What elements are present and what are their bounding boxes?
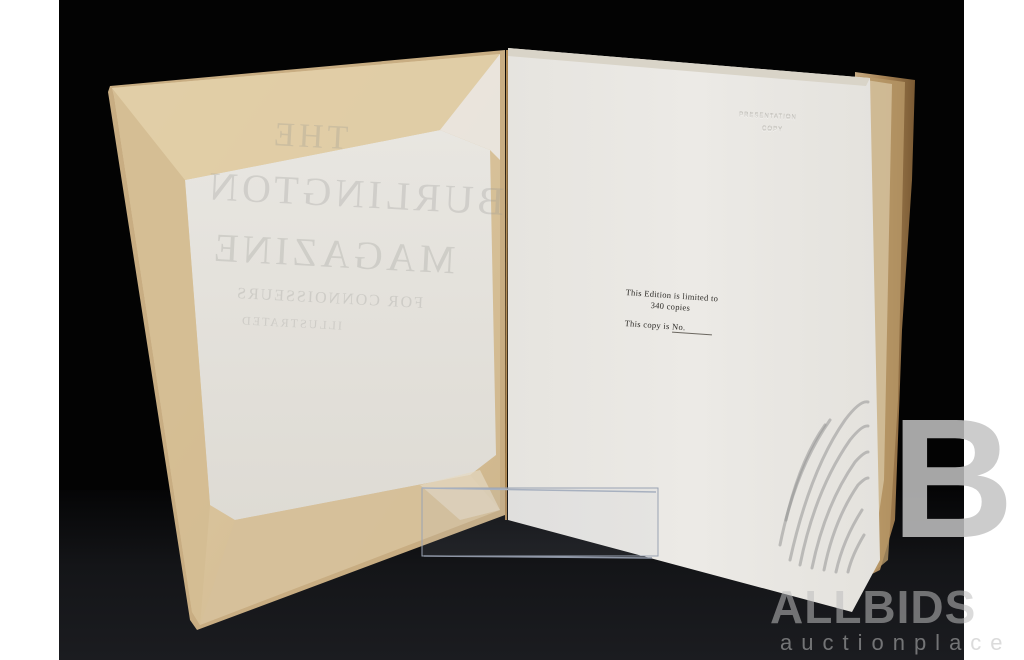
- embossed-stamp-line2: COPY: [762, 126, 783, 133]
- book-illustration: [0, 0, 1024, 660]
- show-through-title-line1: THE: [269, 116, 349, 158]
- right-margin: [964, 0, 1024, 660]
- acrylic-book-stand: [422, 488, 658, 558]
- left-margin: [0, 0, 59, 660]
